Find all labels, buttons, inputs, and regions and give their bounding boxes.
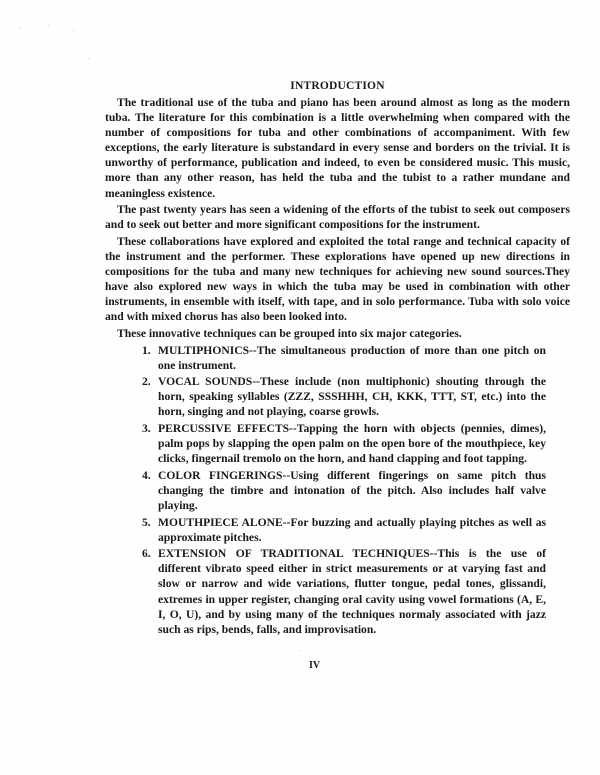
list-item: 3.PERCUSSIVE EFFECTS--Tapping the horn w… <box>142 421 546 466</box>
paragraph: These collaborations have explored and e… <box>105 234 570 325</box>
scan-speck <box>88 58 89 59</box>
document-page: INTRODUCTION The traditional use of the … <box>0 0 600 775</box>
categories-list: 1.MULTIPHONICS--The simultaneous product… <box>105 343 546 637</box>
list-item: 5.MOUTHPIECE ALONE--For buzzing and actu… <box>142 515 546 545</box>
item-number: 2. <box>142 374 151 389</box>
scan-speck <box>73 30 74 31</box>
list-item: 6.EXTENSION OF TRADITIONAL TECHNIQUES--T… <box>142 546 546 637</box>
item-number: 4. <box>142 468 151 483</box>
item-text: MOUTHPIECE ALONE--For buzzing and actual… <box>158 516 546 544</box>
item-number: 1. <box>142 343 151 358</box>
list-item: 1.MULTIPHONICS--The simultaneous product… <box>142 343 546 373</box>
item-text: MULTIPHONICS--The simultaneous productio… <box>158 344 546 372</box>
scan-speck <box>300 650 301 651</box>
page-number: IV <box>309 660 320 671</box>
page-title: INTRODUCTION <box>105 80 570 92</box>
item-text: COLOR FINGERINGS--Using different finger… <box>158 469 546 512</box>
item-number: 5. <box>142 515 151 530</box>
item-number: 3. <box>142 421 151 436</box>
paragraph: These innovative techniques can be group… <box>105 326 570 341</box>
list-item: 2.VOCAL SOUNDS--These include (non multi… <box>142 374 546 419</box>
item-text: VOCAL SOUNDS--These include (non multiph… <box>158 375 546 418</box>
paragraph: The past twenty years has seen a widenin… <box>105 202 570 232</box>
item-text: PERCUSSIVE EFFECTS--Tapping the horn wit… <box>158 422 546 465</box>
document-body: The traditional use of the tuba and pian… <box>105 95 570 638</box>
scan-speck <box>48 25 49 26</box>
item-text: EXTENSION OF TRADITIONAL TECHNIQUES--Thi… <box>158 547 546 635</box>
scan-speck <box>20 28 21 29</box>
list-item: 4.COLOR FINGERINGS--Using different fing… <box>142 468 546 513</box>
item-number: 6. <box>142 546 151 561</box>
paragraph: The traditional use of the tuba and pian… <box>105 95 570 201</box>
